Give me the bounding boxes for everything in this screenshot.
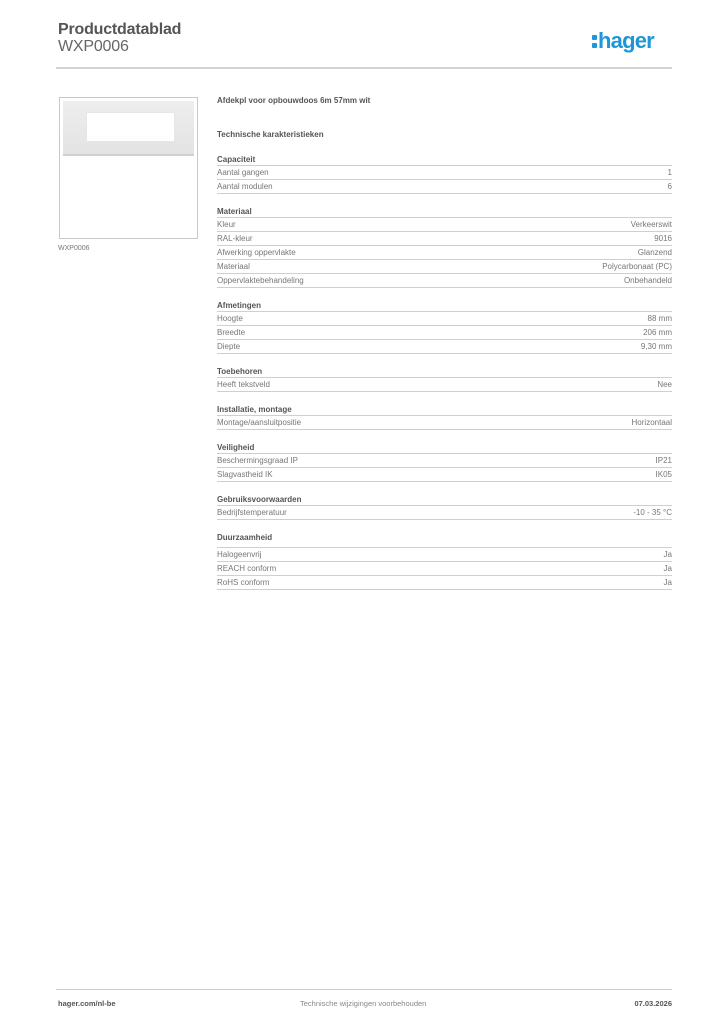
spec-label: Afwerking oppervlakte xyxy=(217,246,296,259)
spec-value: 9,30 mm xyxy=(641,340,672,353)
spec-label: Aantal modulen xyxy=(217,180,273,193)
spec-row: REACH conformJa xyxy=(217,562,672,576)
spec-row: Beschermingsgraad IPIP21 xyxy=(217,454,672,468)
section-title: Afmetingen xyxy=(217,300,672,312)
spec-content: Afdekpl voor opbouwdoos 6m 57mm wit Tech… xyxy=(217,96,672,590)
spec-row: Aantal gangen1 xyxy=(217,166,672,180)
logo-text: hager xyxy=(598,28,654,53)
spec-section: AfmetingenHoogte88 mmBreedte206 mmDiepte… xyxy=(217,300,672,354)
cover-plate-opening xyxy=(86,112,175,142)
spec-value: Ja xyxy=(664,562,672,575)
spec-label: Halogeenvrij xyxy=(217,548,261,561)
spec-section: Installatie, montageMontage/aansluitposi… xyxy=(217,404,672,430)
spec-section: GebruiksvoorwaardenBedrijfstemperatuur-1… xyxy=(217,494,672,520)
spec-row: Bedrijfstemperatuur-10 - 35 °C xyxy=(217,506,672,520)
spec-value: Onbehandeld xyxy=(624,274,672,287)
product-image xyxy=(59,97,198,239)
section-title: Materiaal xyxy=(217,206,672,218)
spec-row: RAL-kleur9016 xyxy=(217,232,672,246)
spec-value: 88 mm xyxy=(648,312,672,325)
spec-row: Breedte206 mm xyxy=(217,326,672,340)
page-title: Productdatablad xyxy=(58,21,181,39)
spec-label: Breedte xyxy=(217,326,245,339)
footer-divider xyxy=(56,989,672,990)
section-title: Gebruiksvoorwaarden xyxy=(217,494,672,506)
spec-section: VeiligheidBeschermingsgraad IPIP21Slagva… xyxy=(217,442,672,482)
spec-value: Ja xyxy=(664,576,672,589)
section-title: Veiligheid xyxy=(217,442,672,454)
spec-label: RoHS conform xyxy=(217,576,269,589)
spec-value: 6 xyxy=(668,180,672,193)
spec-label: Slagvastheid IK xyxy=(217,468,273,481)
product-code: WXP0006 xyxy=(58,38,129,56)
footer-date: 07.03.2026 xyxy=(634,999,672,1008)
image-caption: WXP0006 xyxy=(58,245,90,252)
section-title: Capaciteit xyxy=(217,154,672,166)
header-divider xyxy=(56,67,672,69)
spec-row: Diepte9,30 mm xyxy=(217,340,672,354)
spec-row: Afwerking oppervlakteGlanzend xyxy=(217,246,672,260)
spec-label: Materiaal xyxy=(217,260,250,273)
spec-row: Slagvastheid IKIK05 xyxy=(217,468,672,482)
spec-value: IP21 xyxy=(656,454,672,467)
product-description: Afdekpl voor opbouwdoos 6m 57mm wit xyxy=(217,96,672,108)
spec-sections: CapaciteitAantal gangen1Aantal modulen6M… xyxy=(217,154,672,590)
spec-value: Ja xyxy=(664,548,672,561)
spec-value: 1 xyxy=(668,166,672,179)
spec-value: Horizontaal xyxy=(632,416,672,429)
spec-value: -10 - 35 °C xyxy=(633,506,672,519)
spec-label: Bedrijfstemperatuur xyxy=(217,506,287,519)
spec-label: Hoogte xyxy=(217,312,243,325)
spec-row: HalogeenvrijJa xyxy=(217,548,672,562)
spec-value: IK05 xyxy=(656,468,672,481)
footer-disclaimer: Technische wijzigingen voorbehouden xyxy=(300,999,426,1008)
spec-value: 206 mm xyxy=(643,326,672,339)
spec-label: REACH conform xyxy=(217,562,276,575)
section-title: Duurzaamheid xyxy=(217,532,672,548)
footer-website[interactable]: hager.com/nl-be xyxy=(58,999,116,1008)
spec-row: RoHS conformJa xyxy=(217,576,672,590)
spec-value: Polycarbonaat (PC) xyxy=(602,260,672,273)
spec-row: OppervlaktebehandelingOnbehandeld xyxy=(217,274,672,288)
spec-value: Glanzend xyxy=(638,246,672,259)
spec-label: RAL-kleur xyxy=(217,232,253,245)
spec-row: Montage/aansluitpositieHorizontaal xyxy=(217,416,672,430)
spec-section: DuurzaamheidHalogeenvrijJaREACH conformJ… xyxy=(217,532,672,590)
hager-logo: hager xyxy=(592,29,654,53)
spec-row: KleurVerkeerswit xyxy=(217,218,672,232)
section-title: Installatie, montage xyxy=(217,404,672,416)
section-title: Toebehoren xyxy=(217,366,672,378)
tech-heading: Technische karakteristieken xyxy=(217,130,672,142)
spec-row: MateriaalPolycarbonaat (PC) xyxy=(217,260,672,274)
spec-label: Kleur xyxy=(217,218,236,231)
spec-label: Heeft tekstveld xyxy=(217,378,270,391)
spec-label: Diepte xyxy=(217,340,240,353)
spec-section: MateriaalKleurVerkeerswitRAL-kleur9016Af… xyxy=(217,206,672,288)
spec-row: Heeft tekstveldNee xyxy=(217,378,672,392)
spec-label: Montage/aansluitpositie xyxy=(217,416,301,429)
spec-label: Beschermingsgraad IP xyxy=(217,454,298,467)
spec-row: Hoogte88 mm xyxy=(217,312,672,326)
spec-value: Nee xyxy=(657,378,672,391)
spec-value: 9016 xyxy=(654,232,672,245)
cover-plate-graphic xyxy=(63,101,194,156)
spec-row: Aantal modulen6 xyxy=(217,180,672,194)
spec-section: CapaciteitAantal gangen1Aantal modulen6 xyxy=(217,154,672,194)
spec-value: Verkeerswit xyxy=(631,218,672,231)
spec-section: ToebehorenHeeft tekstveldNee xyxy=(217,366,672,392)
spec-label: Aantal gangen xyxy=(217,166,269,179)
spec-label: Oppervlaktebehandeling xyxy=(217,274,304,287)
